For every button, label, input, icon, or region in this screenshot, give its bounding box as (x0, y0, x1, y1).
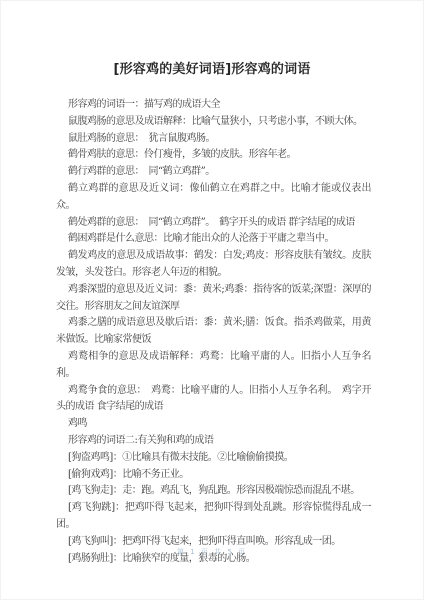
paragraph: 鹤处鸡群的意思： 同“鹤立鸡群”。 鹤字开头的成语 群字结尾的成语 (56, 215, 371, 232)
paragraph: 鸡黍深盟的意思及近义词：黍：黄米;鸡黍：指待客的饭菜;深盟：深厚的交往。形容朋友… (56, 282, 371, 316)
paragraph: 鹤困鸡群是什么意思：比喻才能出众的人沦落于平庸之辈当中。 (56, 231, 371, 248)
page-footer: 第 1 页 共 5 页 (1, 547, 423, 557)
paragraph: 鹤立鸡群的意思及近义词：像仙鹤立在鸡群之中。比喻才能或仪表出众。 (56, 181, 371, 215)
paragraph: 形容鸡的词语二:有关狗和鸡的成语 (56, 433, 371, 450)
paragraph: 鸡黍之膳的成语意思及歇后语：黍：黄米;膳：饭食。指杀鸡做菜，用黄米做饭。比喻家常… (56, 315, 371, 349)
paragraph: 鸡鸣 (56, 416, 371, 433)
paragraph: 鹤发鸡皮的意思及成语故事：鹤发：白发;鸡皮：形容皮肤有皱纹。皮肤发皱，头发苍白。… (56, 248, 371, 282)
paragraph: [鸡飞狗走]：走：跑。鸡乱飞，狗乱跑。形容因极端惊恐而混乱不堪。 (56, 483, 371, 500)
paragraph: [偷狗戏鸡]：比喻不务正业。 (56, 467, 371, 484)
paragraph: 形容鸡的词语一：描写鸡的成语大全 (56, 97, 371, 114)
paragraph: [鸡飞狗跳]：把鸡吓得飞起来，把狗吓得到处乱跳。形容惊慌得乱成一团。 (56, 500, 371, 534)
paragraph: [狗盗鸡鸣]：①比喻具有微末技能。②比喻偷偷摸摸。 (56, 450, 371, 467)
paragraph: 鼠腹鸡肠的意思及成语解释：比喻气量狭小，只考虑小事，不顾大体。 (56, 114, 371, 131)
document-page: [形容鸡的美好词语]形容鸡的词语 形容鸡的词语一：描写鸡的成语大全 鼠腹鸡肠的意… (0, 0, 424, 600)
paragraph: 鸡鹜相争的意思及成语解释：鸡鹜：比喻平庸的人。旧指小人互争名利。 (56, 349, 371, 383)
document-body: 形容鸡的词语一：描写鸡的成语大全 鼠腹鸡肠的意思及成语解释：比喻气量狭小，只考虑… (1, 97, 423, 567)
paragraph: 鹤骨鸡肤的意思：伶仃瘦骨，多皱的皮肤。形容年老。 (56, 147, 371, 164)
paragraph: 鼠肚鸡肠的意思： 犹言鼠腹鸡肠。 (56, 131, 371, 148)
page-number: 第 1 页 共 5 页 (177, 548, 247, 556)
paragraph: 鹤行鸡群的意思： 同“鹤立鸡群”。 (56, 164, 371, 181)
paragraph: 鸡鹜争食的意思： 鸡鹜：比喻平庸的人。旧指小人互争名利。 鸡字开头的成语 食字结… (56, 383, 371, 417)
page-title: [形容鸡的美好词语]形容鸡的词语 (1, 1, 423, 77)
